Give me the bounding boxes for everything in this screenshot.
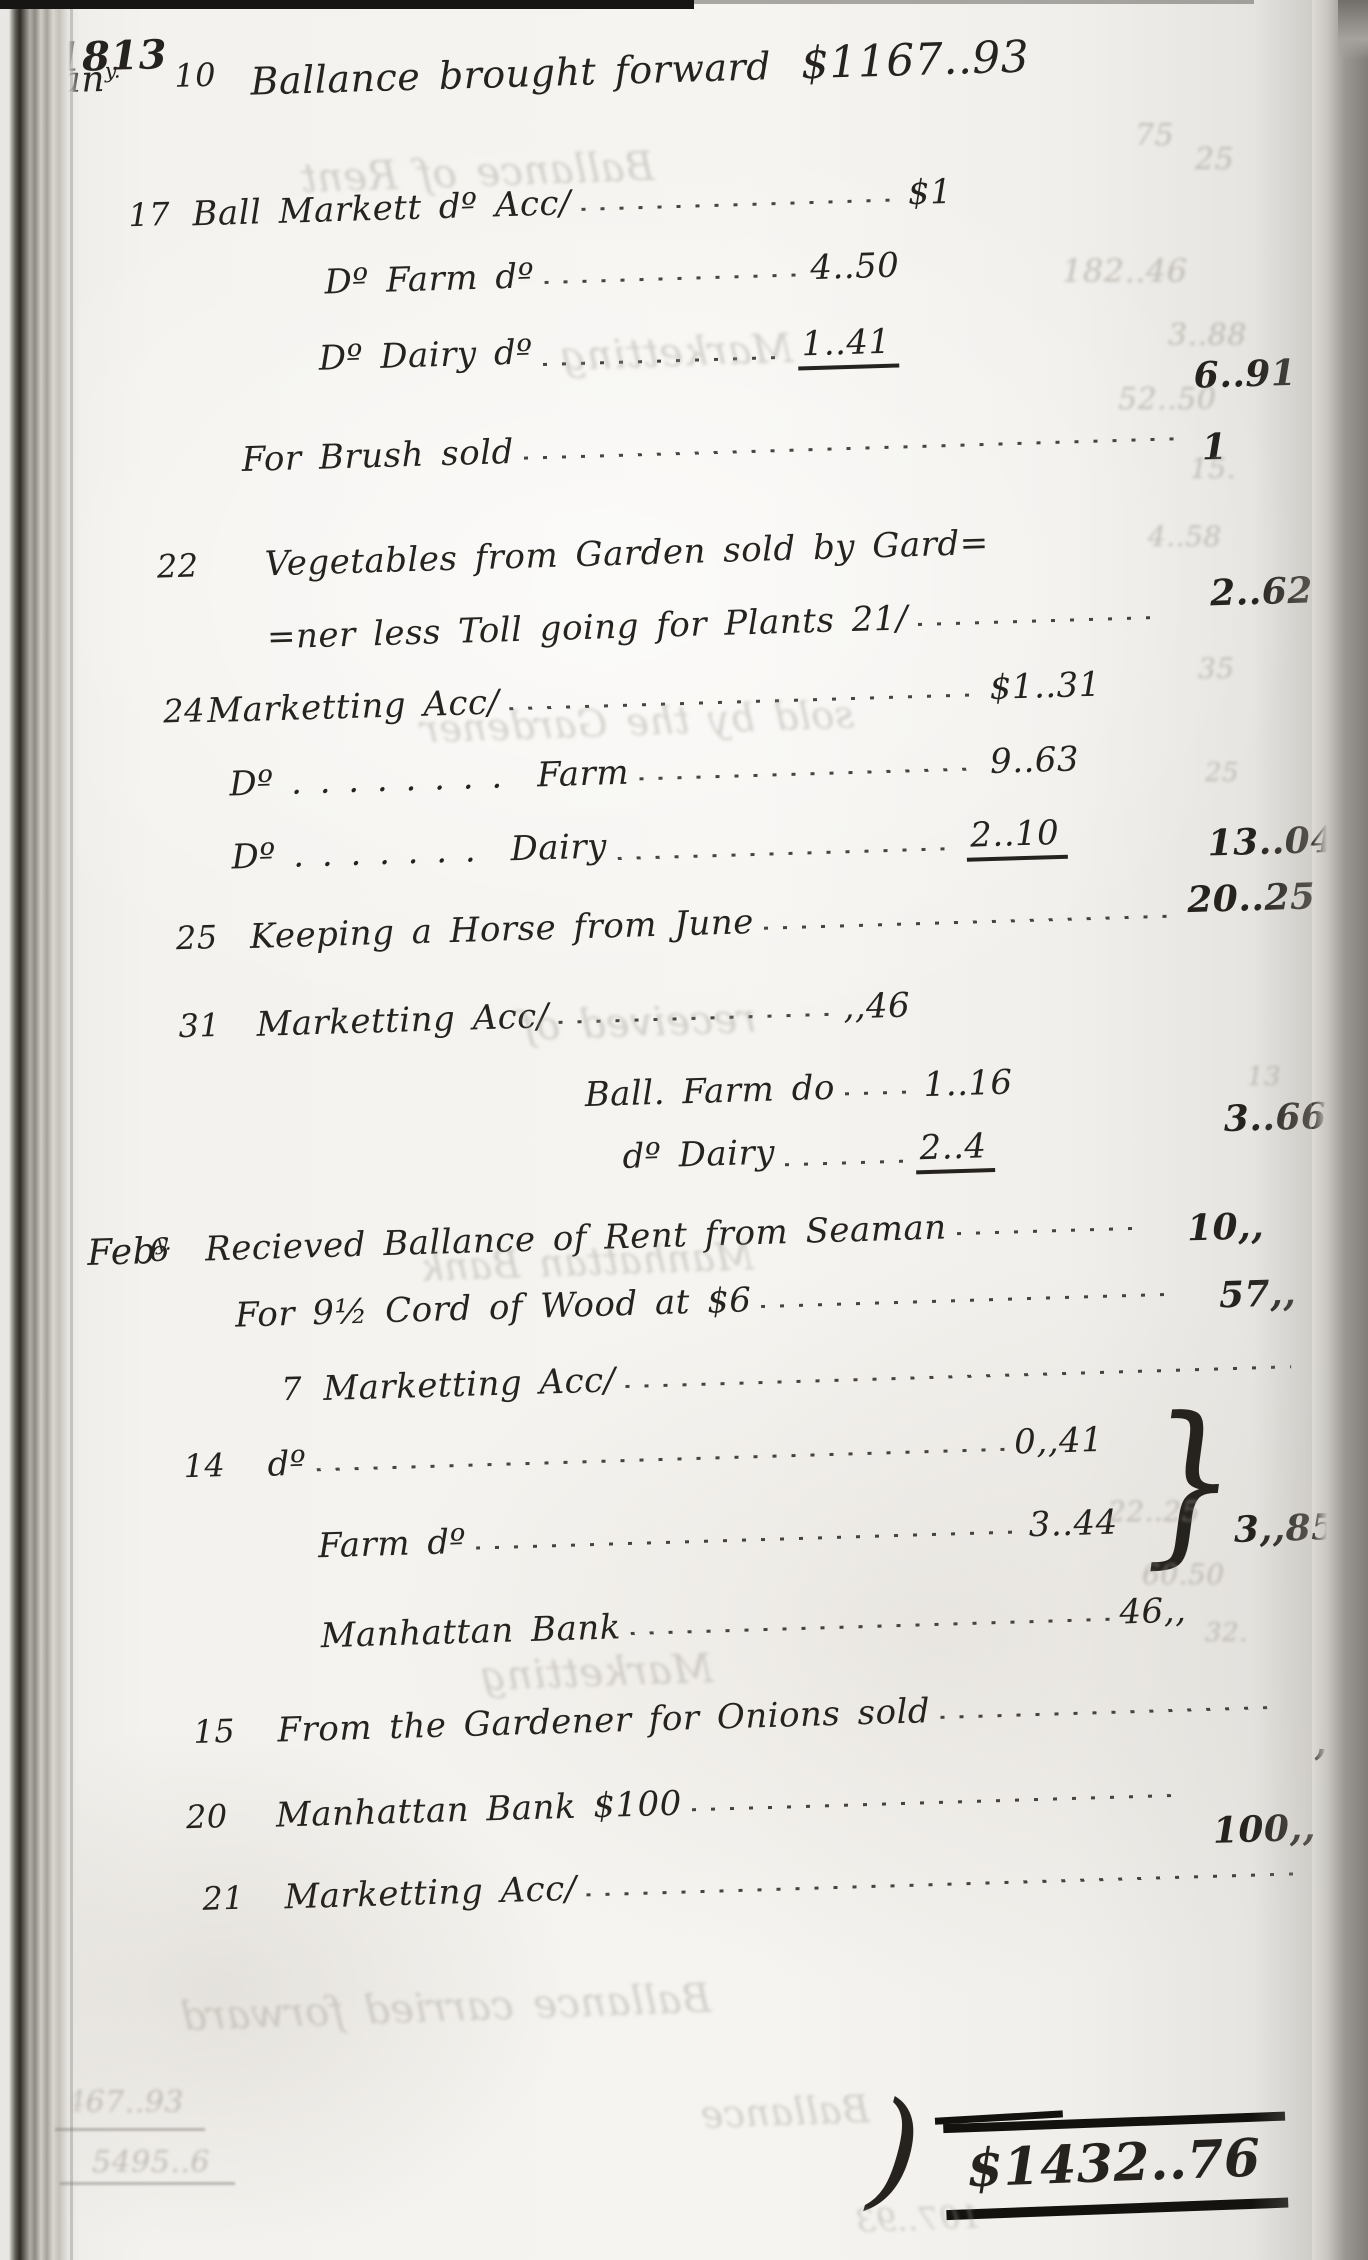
entry-amount: $1..31 bbox=[989, 665, 1101, 708]
dotted-leader bbox=[631, 1618, 1110, 1635]
entry-text: Vegetables from Garden sold by Gard= bbox=[264, 523, 989, 584]
entry-day: 14 bbox=[183, 1446, 226, 1485]
ledger-page-scan: 1813 Jany.10Ballance brought forward$116… bbox=[0, 0, 1368, 2260]
dotted-leader bbox=[764, 914, 1178, 929]
bleedthrough-mark: 15. bbox=[1190, 452, 1236, 485]
entry-day: 10 bbox=[174, 56, 217, 95]
dotted-leader bbox=[771, 78, 801, 79]
entry-day: 24 bbox=[163, 691, 206, 730]
dotted-leader bbox=[639, 767, 980, 780]
dotted-leader bbox=[587, 1872, 1304, 1896]
entry-amount: 2..10 bbox=[966, 813, 1068, 862]
entry-content: Farm dº3..44 bbox=[317, 1503, 1118, 1567]
bleedthrough-mark: Marketting bbox=[559, 326, 794, 380]
entry-content: Manhattan Bank46,, bbox=[320, 1591, 1187, 1657]
entry-text: Manhattan Bank $100 bbox=[275, 1784, 682, 1836]
entry-text: Marketting Acc/ bbox=[284, 1869, 577, 1918]
entry-day: 25 bbox=[175, 918, 218, 957]
entry-content: Keeping a Horse from June bbox=[249, 889, 1188, 957]
dotted-leader bbox=[544, 273, 800, 284]
entry-text: Keeping a Horse from June bbox=[249, 902, 754, 957]
entry-day: 17 bbox=[128, 195, 171, 234]
entry-text: Dº Farm dº bbox=[324, 256, 535, 302]
bleedthrough-rule bbox=[60, 2182, 235, 2185]
grand-total-value: $1432..76 bbox=[966, 2128, 1262, 2200]
entry-content: Dº Farm dº4..50 bbox=[324, 245, 900, 302]
entry-text: Marketting Acc/ bbox=[256, 996, 549, 1045]
bleedthrough-mark: 75 bbox=[1135, 118, 1174, 153]
bleedthrough-mark: 182..46 bbox=[1062, 252, 1188, 290]
page-edge-shadow bbox=[1310, 0, 1368, 2260]
entry-content: Marketting Acc/ bbox=[284, 1847, 1315, 1918]
dotted-leader bbox=[581, 198, 898, 210]
entry-content: From the Gardener for Onions sold bbox=[277, 1681, 1290, 1751]
entry-day: 7 bbox=[281, 1370, 303, 1409]
entry-text: Manhattan Bank bbox=[320, 1607, 621, 1656]
grand-total: $1432..76 bbox=[943, 2112, 1288, 2220]
entry-amount: 9..63 bbox=[989, 739, 1079, 782]
ledger-line: For Brush sold bbox=[13, 407, 1344, 510]
entry-text: =ner less Toll going for Plants 21/ bbox=[266, 598, 908, 657]
dotted-leader bbox=[957, 1227, 1147, 1236]
bleedthrough-rule bbox=[55, 2128, 205, 2131]
ledger-line: Jany.10Ballance brought forward$1167..93 bbox=[2, 23, 1333, 126]
bleedthrough-mark: 60.50 bbox=[1142, 1558, 1225, 1591]
entry-text: Ball. Farm do bbox=[584, 1068, 835, 1115]
entry-text: Ballance brought forward bbox=[250, 44, 772, 103]
book-gutter-line bbox=[70, 0, 73, 2260]
entry-content: Vegetables from Garden sold by Gard= bbox=[264, 523, 989, 584]
entry-day: 22 bbox=[156, 546, 199, 585]
entry-amount: $1167..93 bbox=[800, 32, 1030, 90]
page-top-edge bbox=[0, 0, 694, 9]
entry-day: 21 bbox=[202, 1879, 245, 1918]
entry-amount: 46,, bbox=[1119, 1591, 1187, 1633]
bleedthrough-mark: 25 bbox=[1205, 758, 1239, 788]
entry-amount: 4..50 bbox=[810, 245, 900, 288]
entry-amount: 1..16 bbox=[923, 1062, 1013, 1105]
entry-text: For Brush sold bbox=[241, 432, 514, 480]
entry-content: Ball. Farm do1..16 bbox=[584, 1062, 1013, 1115]
dotted-leader bbox=[845, 1090, 914, 1095]
dotted-leader bbox=[762, 1293, 1175, 1308]
entry-text: Dº Dairy dº bbox=[318, 332, 533, 378]
entry-amount: ,,46 bbox=[843, 985, 911, 1027]
entry-amount: 1..41 bbox=[797, 322, 899, 371]
bleedthrough-mark: 3..88 bbox=[1168, 318, 1247, 353]
entry-amount: 2..4 bbox=[915, 1126, 995, 1174]
dotted-leader bbox=[785, 1160, 906, 1167]
bleedthrough-mark: 32. bbox=[1205, 1618, 1248, 1648]
bleedthrough-mark: 107..93 bbox=[854, 2198, 981, 2240]
entry-text: dº Dairy bbox=[622, 1133, 776, 1178]
entry-amount: 0,,41 bbox=[1014, 1420, 1104, 1463]
bleedthrough-mark: 467..93 bbox=[66, 2085, 184, 2120]
dotted-leader bbox=[617, 847, 956, 860]
bleedthrough-mark: Ballance bbox=[699, 2087, 870, 2137]
dotted-leader bbox=[692, 1794, 1182, 1812]
entry-content: dº Dairy2..4 bbox=[622, 1126, 995, 1183]
dotted-leader bbox=[524, 437, 1174, 459]
entry-text: dº bbox=[267, 1444, 307, 1485]
bleedthrough-mark: 25 bbox=[1195, 142, 1234, 177]
bleedthrough-mark: 52..50 bbox=[1118, 382, 1216, 417]
bleedthrough-mark: 35 bbox=[1198, 652, 1235, 685]
entry-content: Manhattan Bank $100 bbox=[275, 1768, 1192, 1835]
entry-day: 6 bbox=[149, 1231, 171, 1270]
page-top-edge-light bbox=[694, 0, 1254, 4]
entry-text: Farm dº bbox=[317, 1522, 466, 1566]
dotted-leader bbox=[940, 1706, 1279, 1719]
entry-text: From the Gardener for Onions sold bbox=[277, 1691, 931, 1750]
entry-text: Marketting Acc/ bbox=[323, 1360, 616, 1409]
entry-amount: 3..44 bbox=[1028, 1503, 1118, 1546]
bleedthrough-mark: 22..25 bbox=[1108, 1495, 1200, 1528]
entry-amount: $1 bbox=[907, 172, 952, 213]
entry-day: 31 bbox=[178, 1006, 221, 1045]
bleedthrough-mark: 4..58 bbox=[1148, 520, 1222, 553]
entry-content: Ballance brought forward$1167..93 bbox=[250, 34, 943, 106]
entry-month-suffix: y. bbox=[104, 58, 120, 82]
book-gutter bbox=[0, 0, 80, 2260]
entry-day: 15 bbox=[193, 1712, 236, 1751]
bleedthrough-mark: received of bbox=[519, 996, 757, 1050]
grand-total-paren: ) bbox=[865, 2085, 925, 2216]
page-corner-shadow bbox=[1338, 0, 1368, 60]
page-edge-soft-shadow bbox=[1252, 0, 1312, 2260]
dotted-leader bbox=[316, 1448, 1004, 1471]
dotted-leader bbox=[918, 616, 1157, 626]
entry-content: For Brush sold bbox=[241, 412, 1184, 480]
bleedthrough-mark: Marketting bbox=[479, 1646, 714, 1700]
bleedthrough-mark: 5495..6 bbox=[92, 2145, 210, 2180]
ledger-line: 15From the Gardener for Onions sold bbox=[51, 1678, 1368, 1781]
entry-text: Dº . . . . . . . . Farm bbox=[229, 753, 630, 805]
grouping-brace: } bbox=[1140, 1393, 1240, 1570]
entry-text: Dº . . . . . . . Dairy bbox=[231, 826, 608, 877]
dotted-leader bbox=[476, 1530, 1019, 1549]
entry-day: 20 bbox=[185, 1797, 228, 1836]
